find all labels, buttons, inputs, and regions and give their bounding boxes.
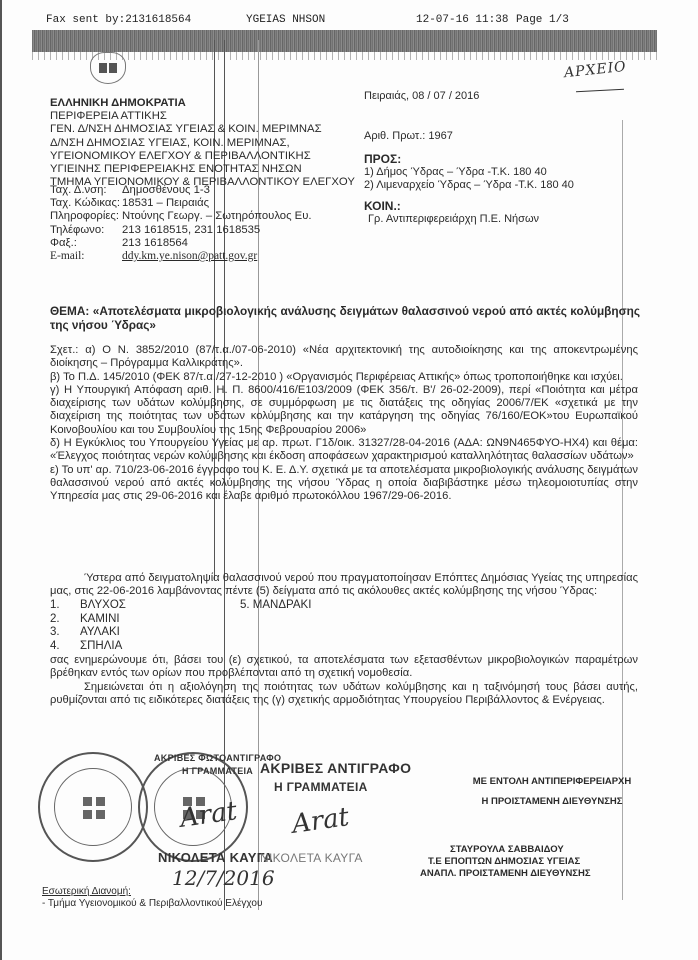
signer-order: ΜΕ ΕΝΤΟΛΗ ΑΝΤΙΠΕΡΙΦΕΡΕΙΑΡΧΗ: [422, 776, 682, 787]
recipient-item: 1) Δήμος Ύδρας – Ύδρα -Τ.Κ. 180 40: [364, 166, 574, 179]
beach-number: 4.: [50, 640, 80, 654]
stamp-name: ΝΙΚΟΛΕΤΑ ΚΑΥΓΑ: [260, 851, 363, 865]
cc-item: Γρ. Αντιπεριφερειάρχη Π.Ε. Νήσων: [364, 213, 574, 226]
sender-block: ΕΛΛΗΝΙΚΗ ΔΗΜΟΚΡΑΤΙΑ ΠΕΡΙΦΕΡΕΙΑ ΑΤΤΙΚΗΣ Γ…: [50, 97, 355, 189]
subject-line: ΘΕΜΑ: «Αποτελέσματα μικροβιολογικής ανάλ…: [50, 304, 640, 332]
beach-number: 1.: [50, 599, 80, 613]
stamp-name: ΝΙΚΟΛΕΤΑ ΚΑΥΓΑ: [158, 850, 273, 865]
beach-name: ΜΑΝΔΡΑΚΙ: [253, 599, 312, 611]
fax-scan-noise-band: [32, 30, 657, 52]
beach-name: ΚΑΜΙΝΙ: [80, 613, 120, 627]
beach-name: ΣΠΗΛΙΑ: [80, 640, 122, 654]
contact-value: Δημοσθένους 1-3: [122, 184, 210, 197]
to-header: ΠΡΟΣ:: [364, 153, 574, 166]
signer-title: Τ.Ε ΕΠΟΠΤΩΝ ΔΗΜΟΣΙΑΣ ΥΓΕΙΑΣ: [428, 856, 688, 867]
sender-line: Δ/ΝΣΗ ΔΗΜΟΣΙΑΣ ΥΓΕΙΑΣ, ΚΟΙΝ. ΜΕΡΙΜΝΑΣ,: [50, 137, 355, 150]
contact-value: Ντούνης Γεωργ. – Σωτηρόπουλος Ευ.: [122, 210, 312, 223]
reference-item: β) Το Π.Δ. 145/2010 (ΦΕΚ 87/τ.α./27-12-2…: [50, 371, 638, 384]
contact-label: Τηλέφωνο:: [50, 224, 122, 237]
recipient-item: 2) Λιμεναρχείο Ύδρας – Ύδρα -Τ.Κ. 180 40: [364, 179, 574, 192]
document-date: Πειραιάς, 08 / 07 / 2016: [364, 90, 574, 103]
distribution-header: Εσωτερική Διανομή:: [42, 886, 262, 898]
region-seal-stamp: [38, 752, 148, 862]
signer-position: ΑΝΑΠΛ. ΠΡΟΙΣΤΑΜΕΝΗ ΔΙΕΥΘΥΝΣΗΣ: [420, 868, 680, 879]
contact-row-address: Ταχ. Δ.νση:Δημοσθένους 1-3: [50, 184, 312, 197]
reference-item: ε) Το υπ' αρ. 710/23-06-2016 έγγραφο του…: [50, 464, 638, 504]
contact-row-phone: Τηλέφωνο:213 1618515, 231 1618535: [50, 224, 312, 237]
fax-header: Fax sent by:2131618564 YGEIAS NHSON 12-0…: [46, 14, 658, 28]
sender-line: ΠΕΡΙΦΕΡΕΙΑ ΑΤΤΙΚΗΣ: [50, 110, 355, 123]
email-link[interactable]: ddy.km.ye.nison@patt.gov.gr: [122, 250, 257, 263]
beach-number: 3.: [50, 626, 80, 640]
beach-number: 2.: [50, 613, 80, 627]
contact-label: Ταχ. Κώδικας:: [50, 197, 122, 210]
protocol-number: Αριθ. Πρωτ.: 1967: [364, 130, 574, 143]
recipient-block: Πειραιάς, 08 / 07 / 2016 Αριθ. Πρωτ.: 19…: [364, 90, 574, 226]
sender-line: ΥΓΕΙΟΝΟΜΙΚΟΥ ΕΛΕΓΧΟΥ & ΠΕΡΙΒΑΛΛΟΝΤΙΚΗΣ: [50, 150, 355, 163]
sender-line: ΥΓΙΕΙΝΗΣ ΠΕΡΙΦΕΡΕΙΑΚΗΣ ΕΝΟΤΗΤΑΣ ΝΗΣΩΝ: [50, 163, 355, 176]
beach-item: 1.ΒΛΥΧΟΣ: [50, 599, 126, 613]
contact-label: E-mail:: [50, 250, 122, 263]
beach-name: ΑΥΛΑΚΙ: [80, 626, 120, 640]
cc-header: ΚΟΙΝ.:: [364, 200, 574, 213]
beach-item: 2.ΚΑΜΙΝΙ: [50, 613, 126, 627]
cross-emblem-icon: [83, 797, 105, 819]
beach-item: 3.ΑΥΛΑΚΙ: [50, 626, 126, 640]
sender-line: ΕΛΛΗΝΙΚΗ ΔΗΜΟΚΡΑΤΙΑ: [50, 97, 355, 110]
contact-row-email: E-mail:ddy.km.ye.nison@patt.gov.gr: [50, 250, 312, 263]
beach-name: ΒΛΥΧΟΣ: [80, 599, 126, 613]
results-text: σας ενημερώνουμε ότι, βάσει του (ε) σχετ…: [50, 654, 638, 681]
contact-value: 213 1618564: [122, 237, 188, 250]
fax-datetime: 12-07-16 11:38: [416, 14, 508, 26]
reference-item: γ) Η Υπουργική Απόφαση αριθ. Η. Π. 8600/…: [50, 384, 638, 437]
contact-value: 213 1618515, 231 1618535: [122, 224, 260, 237]
fax-page: Page 1/3: [516, 14, 569, 26]
sender-line: ΓΕΝ. Δ/ΝΣΗ ΔΗΜΟΣΙΑΣ ΥΓΕΙΑΣ & ΚΟΙΝ. ΜΕΡΙΜ…: [50, 123, 355, 136]
handwritten-archive-note: ΑΡΧΕΙΟ: [563, 59, 627, 81]
stamp-copy-big: ΑΚΡΙΒΕΣ ΑΝΤΙΓΡΑΦΟ: [260, 760, 411, 776]
fax-document-page: Fax sent by:2131618564 YGEIAS NHSON 12-0…: [0, 0, 698, 960]
fax-sender: Fax sent by:2131618564: [46, 14, 191, 26]
contact-row-info: Πληροφορίες:Ντούνης Γεωργ. – Σωτηρόπουλο…: [50, 210, 312, 223]
reference-item: Σχετ.: α) Ο Ν. 3852/2010 (87/τ.α./07-06-…: [50, 344, 638, 371]
contact-label: Ταχ. Δ.νση:: [50, 184, 122, 197]
stamp-secretariat-small: Η ΓΡΑΜΜΑΤΕΙΑ: [182, 766, 253, 776]
distribution-item: - Τμήμα Υγειονομικού & Περιβαλλοντικού Ε…: [42, 898, 262, 910]
paragraph-results: σας ενημερώνουμε ότι, βάσει του (ε) σχετ…: [50, 654, 638, 707]
contact-block: Ταχ. Δ.νση:Δημοσθένους 1-3 Ταχ. Κώδικας:…: [50, 184, 312, 263]
reference-item: δ) Η Εγκύκλιος του Υπουργείου Υγείας με …: [50, 437, 638, 464]
handwritten-signature: Arat: [290, 802, 351, 840]
beach-number: 5.: [240, 599, 250, 611]
references-list: Σχετ.: α) Ο Ν. 3852/2010 (87/τ.α./07-06-…: [50, 344, 638, 504]
contact-value: 18531 – Πειραιάς: [122, 197, 209, 210]
beach-item: 5. ΜΑΝΔΡΑΚΙ: [240, 599, 311, 611]
contact-row-fax: Φαξ.:213 1618564: [50, 237, 312, 250]
assessment-note: Σημειώνεται ότι η αξιολόγηση της ποιότητ…: [50, 681, 638, 708]
handwritten-underline: [576, 89, 624, 93]
greek-emblem-icon: [90, 52, 126, 84]
paragraph-sampling: Ύστερα από δειγματοληψία θαλασσινού νερο…: [50, 572, 638, 599]
internal-distribution: Εσωτερική Διανομή: - Τμήμα Υγειονομικού …: [42, 886, 262, 910]
stamp-secretariat-big: Η ΓΡΑΜΜΑΤΕΙΑ: [274, 780, 368, 794]
signer-name: ΣΤΑΥΡΟΥΛΑ ΣΑΒΒΑΙΔΟΥ: [450, 844, 698, 855]
beach-list: 1.ΒΛΥΧΟΣ 2.ΚΑΜΙΝΙ 3.ΑΥΛΑΚΙ 4.ΣΠΗΛΙΑ: [50, 599, 126, 653]
beach-item: 4.ΣΠΗΛΙΑ: [50, 640, 126, 654]
contact-label: Φαξ.:: [50, 237, 122, 250]
fax-sender-name: YGEIAS NHSON: [246, 14, 325, 26]
signer-role: Η ΠΡΟΙΣΤΑΜΕΝΗ ΔΙΕΥΘΥΝΣΗΣ: [422, 796, 682, 807]
contact-row-postcode: Ταχ. Κώδικας:18531 – Πειραιάς: [50, 197, 312, 210]
contact-label: Πληροφορίες:: [50, 210, 122, 223]
